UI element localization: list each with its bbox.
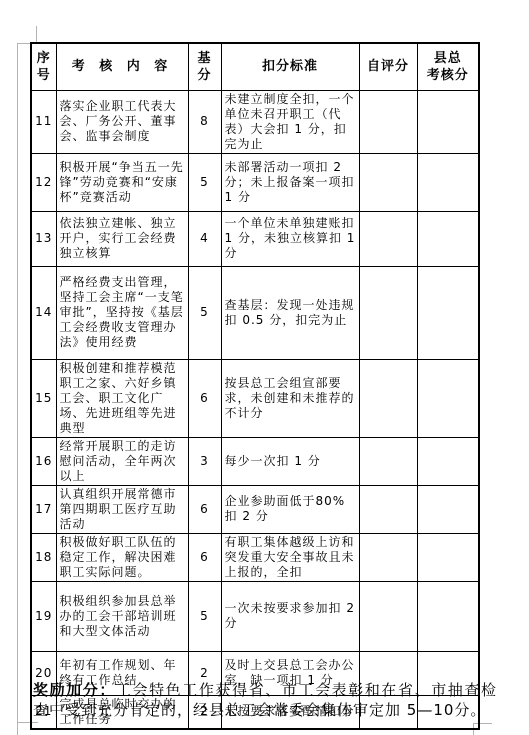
cell-base-score: 8 [188,90,221,153]
bonus-note-label: 奖励加分： [33,681,116,699]
cell-base-score: 5 [188,266,221,359]
cell-base-score: 5 [188,153,221,211]
cell-deduction: 一次未按要求参加扣 2 分 [221,581,359,651]
cell-content: 落实企业职工代表大会、厂务公开、董事会、监事会制度 [56,90,188,153]
cell-self-score [359,359,417,437]
cell-self-score [359,581,417,651]
cell-county-score [417,90,479,153]
cell-base-score: 6 [188,533,221,581]
cell-self-score [359,153,417,211]
cell-seq-number: 11 [31,90,56,153]
header-base-score: 基 分 [188,43,221,90]
cell-seq-number: 18 [31,533,56,581]
assessment-table: 序 号 考 核 内 容 基 分 扣分标准 自评分 县总 考核分 11 落实企业职… [30,42,480,730]
cell-seq-number: 14 [31,266,56,359]
table-row: 19 积极组织参加县总举办的工会干部培训班和大型文体活动 5 一次未按要求参加扣… [31,581,479,651]
cell-deduction: 查基层：发现一处违规扣 0.5 分，扣完为止 [221,266,359,359]
cell-county-score [417,437,479,485]
table-row: 16 经常开展职工的走访慰问活动，全年两次以上 3 每少一次扣 1 分 [31,437,479,485]
cell-content: 积极创建和推荐模范职工之家、六好乡镇工会、职工文化广场、先进班组等先进典型 [56,359,188,437]
cell-county-score [417,485,479,533]
cell-content: 积极开展“争当五一先锋”劳动竞赛和“安康杯”竞赛活动 [56,153,188,211]
header-assessment-content: 考 核 内 容 [56,43,188,90]
cell-base-score: 6 [188,359,221,437]
header-county-score: 县总 考核分 [417,43,479,90]
table-row: 18 积极做好职工队伍的稳定工作，解决困难职工实际问题。 6 有职工集体越级上访… [31,533,479,581]
cell-content: 认真组织开展常德市第四期职工医疗互助活动 [56,485,188,533]
cell-seq-number: 17 [31,485,56,533]
cell-deduction: 未建立制度全扣，一个单位未召开职工（代表）大会扣 1 分，扣完为止 [221,90,359,153]
cell-self-score [359,437,417,485]
table-row: 14 严格经费支出管理，坚持工会主席“一支笔审批”，坚持按《基层工会经费收支管理… [31,266,479,359]
cell-content: 依法独立建帐、独立开户，实行工会经费独立核算 [56,211,188,266]
text-boundary-bottomleft-vertical [17,722,18,735]
table-row: 13 依法独立建帐、独立开户，实行工会经费独立核算 4 一个单位未单独建账扣 1… [31,211,479,266]
header-seq-number: 序 号 [31,43,56,90]
cell-content: 积极做好职工队伍的稳定工作，解决困难职工实际问题。 [56,533,188,581]
cell-deduction: 企业参助面低于80%扣 2 分 [221,485,359,533]
header-deduction-standard: 扣分标准 [221,43,359,90]
header-row: 序 号 考 核 内 容 基 分 扣分标准 自评分 县总 考核分 [31,43,479,90]
cell-deduction: 按县总工会组宣部要求，未创建和未推荐的不计分 [221,359,359,437]
cell-deduction: 每少一次扣 1 分 [221,437,359,485]
cell-content: 积极组织参加县总举办的工会干部培训班和大型文体活动 [56,581,188,651]
cell-self-score [359,485,417,533]
text-boundary-topleft-vertical [36,26,37,43]
text-boundary-left-line [17,43,18,722]
cell-county-score [417,359,479,437]
cell-county-score [417,581,479,651]
table-row: 17 认真组织开展常德市第四期职工医疗互助活动 6 企业参助面低于80%扣 2 … [31,485,479,533]
header-self-score: 自评分 [359,43,417,90]
cell-content: 经常开展职工的走访慰问活动，全年两次以上 [56,437,188,485]
table-row: 15 积极创建和推荐模范职工之家、六好乡镇工会、职工文化广场、先进班组等先进典型… [31,359,479,437]
cell-deduction: 有职工集体越级上访和突发重大安全事故且未上报的，全扣 [221,533,359,581]
table-row: 12 积极开展“争当五一先锋”劳动竞赛和“安康杯”竞赛活动 5 未部署活动一项扣… [31,153,479,211]
cell-deduction: 未部署活动一项扣 2 分；未上报备案一项扣 1 分 [221,153,359,211]
cell-base-score: 3 [188,437,221,485]
cell-deduction: 一个单位未单独建账扣 1 分，未独立核算扣 1 分 [221,211,359,266]
cell-base-score: 4 [188,211,221,266]
document-page: 序 号 考 核 内 容 基 分 扣分标准 自评分 县总 考核分 11 落实企业职… [0,0,529,735]
cell-base-score: 6 [188,485,221,533]
cell-self-score [359,90,417,153]
cell-seq-number: 12 [31,153,56,211]
cell-seq-number: 13 [31,211,56,266]
cell-county-score [417,153,479,211]
cell-county-score [417,533,479,581]
cell-seq-number: 16 [31,437,56,485]
cell-self-score [359,533,417,581]
cell-seq-number: 15 [31,359,56,437]
cell-seq-number: 19 [31,581,56,651]
cell-self-score [359,211,417,266]
assessment-table-body: 11 落实企业职工代表大会、厂务公开、董事会、监事会制度 8 未建立制度全扣，一… [31,90,479,729]
cell-self-score [359,266,417,359]
cell-county-score [417,211,479,266]
cell-content: 严格经费支出管理，坚持工会主席“一支笔审批”，坚持按《基层工会经费收支管理办法》… [56,266,188,359]
cell-county-score [417,266,479,359]
text-boundary-topleft-horizontal [17,43,30,44]
table-row: 11 落实企业职工代表大会、厂务公开、董事会、监事会制度 8 未建立制度全扣，一… [31,90,479,153]
assessment-table-header: 序 号 考 核 内 容 基 分 扣分标准 自评分 县总 考核分 [31,43,479,90]
cell-base-score: 5 [188,581,221,651]
bonus-note: 奖励加分：工会特色工作获得省、市工会表彰和在省、市抽查检查中受到充分肯定的，经县… [33,680,497,720]
